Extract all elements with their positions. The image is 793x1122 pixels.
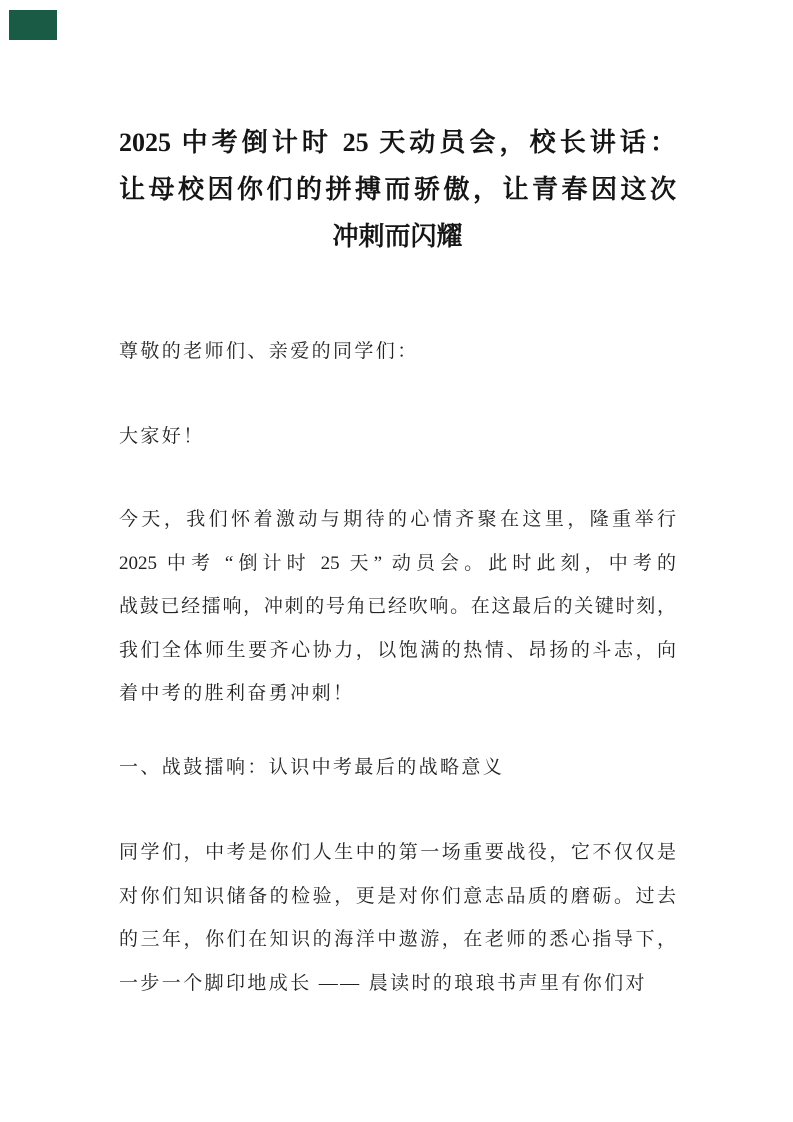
body-line: 的三年，你们在知识的海洋中遨游，在老师的悉心指导下，: [119, 918, 676, 962]
section-heading: 一、战鼓擂响：认识中考最后的战略意义: [119, 746, 676, 790]
title-line: 2025 中考倒计时 25 天动员会，校长讲话：: [119, 119, 676, 166]
opening-paragraph: 今天，我们怀着激动与期待的心情齐聚在这里，隆重举行 2025 中考 “倒计时 2…: [119, 498, 676, 716]
body-line: 2025 中考 “倒计时 25 天” 动员会。此时此刻，中考的: [119, 542, 676, 586]
body-line: 一步一个脚印地成长 —— 晨读时的琅琅书声里有你们对: [119, 962, 676, 1006]
document-page: { "page": { "background_color": "#ffffff…: [0, 0, 793, 1122]
body-line: 对你们知识储备的检验，更是对你们意志品质的磨砺。过去: [119, 875, 676, 919]
section1-paragraph: 同学们，中考是你们人生中的第一场重要战役，它不仅仅是 对你们知识储备的检验，更是…: [119, 831, 676, 1005]
corner-badge: [9, 10, 57, 40]
body-line: 我们全体师生要齐心协力，以饱满的热情、昂扬的斗志，向: [119, 629, 676, 673]
salutation-paragraph: 尊敬的老师们、亲爱的同学们：: [119, 330, 676, 374]
document-body: 2025 中考倒计时 25 天动员会，校长讲话： 让母校因你们的拼搏而骄傲，让青…: [119, 0, 676, 1005]
greeting-paragraph: 大家好！: [119, 415, 676, 459]
body-line: 同学们，中考是你们人生中的第一场重要战役，它不仅仅是: [119, 831, 676, 875]
title-line: 冲刺而闪耀: [119, 213, 676, 260]
body-line: 战鼓已经擂响，冲刺的号角已经吹响。在这最后的关键时刻，: [119, 585, 676, 629]
salutation-line: 尊敬的老师们、亲爱的同学们：: [119, 330, 676, 374]
title-line: 让母校因你们的拼搏而骄傲，让青春因这次: [119, 166, 676, 213]
body-line: 着中考的胜利奋勇冲刺！: [119, 672, 676, 716]
document-title: 2025 中考倒计时 25 天动员会，校长讲话： 让母校因你们的拼搏而骄傲，让青…: [119, 119, 676, 260]
body-line: 今天，我们怀着激动与期待的心情齐聚在这里，隆重举行: [119, 498, 676, 542]
section-heading-line: 一、战鼓擂响：认识中考最后的战略意义: [119, 746, 676, 790]
greeting-line: 大家好！: [119, 415, 676, 459]
